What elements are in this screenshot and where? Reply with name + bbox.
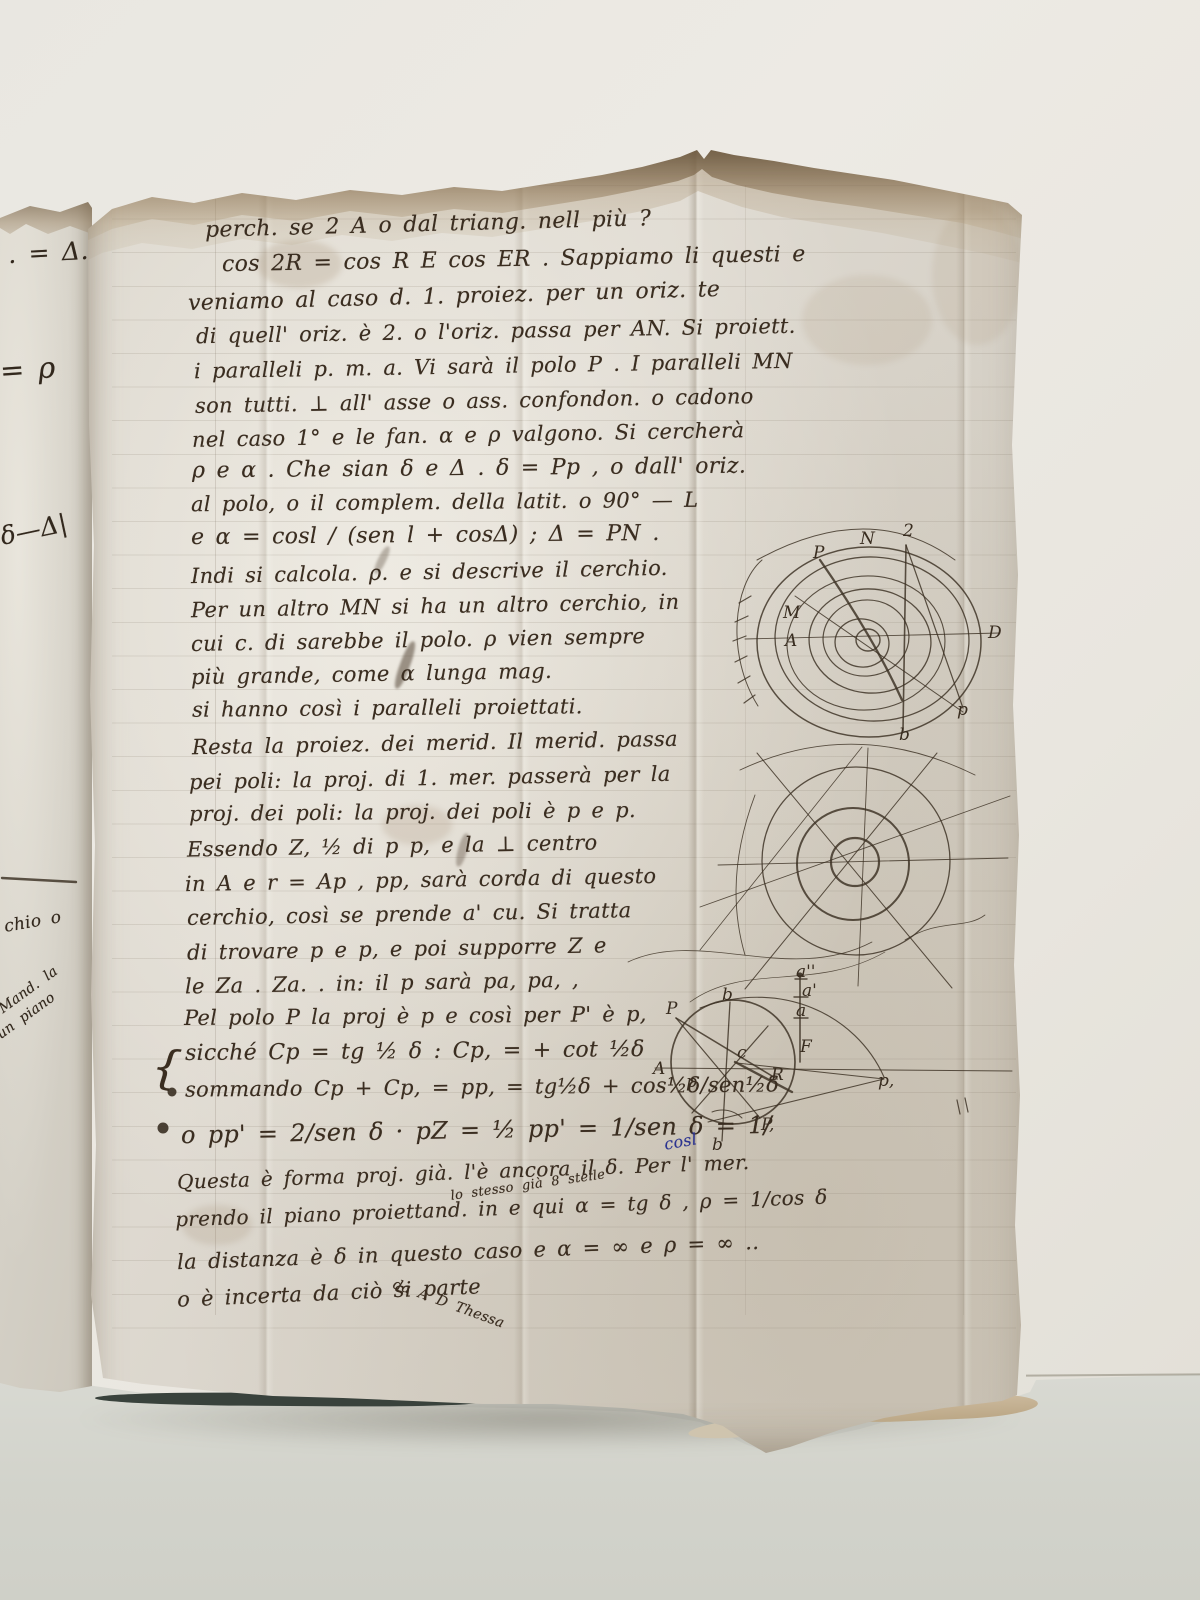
page-inner-shading (82, 145, 1030, 1457)
manuscript-page (82, 145, 1030, 1457)
left-page (0, 188, 92, 1400)
photo-canvas: { "scene": { "description": "Photograph … (0, 0, 1200, 1600)
